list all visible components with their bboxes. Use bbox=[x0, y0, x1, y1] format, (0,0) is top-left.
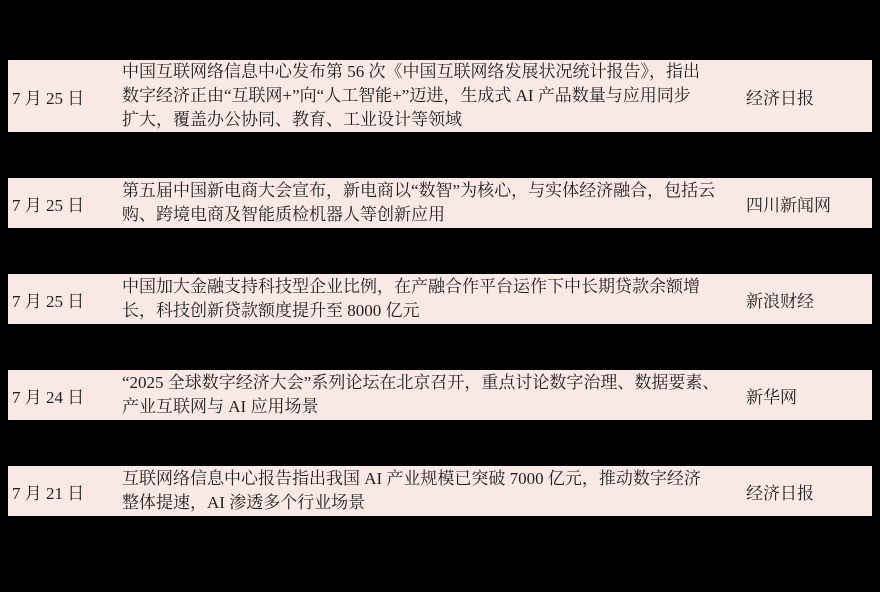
content-line: 互联网络信息中心报告指出我国 AI 产业规模已突破 7000 亿元，推动数字经济 bbox=[122, 467, 744, 491]
content-cell: 互联网络信息中心报告指出我国 AI 产业规模已突破 7000 亿元，推动数字经济… bbox=[122, 466, 744, 516]
content-line: “2025 全球数字经济大会”系列论坛在北京召开，重点讨论数字治理、数据要素、 bbox=[122, 371, 744, 395]
date-cell: 7 月 24 日 bbox=[8, 370, 122, 420]
table-row: 7 月 21 日 互联网络信息中心报告指出我国 AI 产业规模已突破 7000 … bbox=[8, 466, 872, 516]
content-line: 第五届中国新电商大会宣布，新电商以“数智”为核心，与实体经济融合，包括云 bbox=[122, 179, 744, 203]
content-cell: 中国互联网络信息中心发布第 56 次《中国互联网络发展状况统计报告》，指出 数字… bbox=[122, 60, 744, 132]
source-cell: 新华网 bbox=[744, 370, 872, 420]
content-line: 扩大，覆盖办公协同、教育、工业设计等领域 bbox=[122, 108, 744, 132]
content-cell: 中国加大金融支持科技型企业比例，在产融合作平台运作下中长期贷款余额增 长，科技创… bbox=[122, 274, 744, 324]
table-row: 7 月 25 日 第五届中国新电商大会宣布，新电商以“数智”为核心，与实体经济融… bbox=[8, 178, 872, 228]
source-cell: 四川新闻网 bbox=[744, 178, 872, 228]
date-cell: 7 月 21 日 bbox=[8, 466, 122, 516]
content-line: 购、跨境电商及智能质检机器人等创新应用 bbox=[122, 203, 744, 227]
content-line: 产业互联网与 AI 应用场景 bbox=[122, 395, 744, 419]
news-table: 7 月 25 日 中国互联网络信息中心发布第 56 次《中国互联网络发展状况统计… bbox=[0, 60, 880, 516]
table-row: 7 月 25 日 中国加大金融支持科技型企业比例，在产融合作平台运作下中长期贷款… bbox=[8, 274, 872, 324]
date-cell: 7 月 25 日 bbox=[8, 274, 122, 324]
date-cell: 7 月 25 日 bbox=[8, 178, 122, 228]
content-line: 中国加大金融支持科技型企业比例，在产融合作平台运作下中长期贷款余额增 bbox=[122, 275, 744, 299]
date-cell: 7 月 25 日 bbox=[8, 60, 122, 132]
source-cell: 新浪财经 bbox=[744, 274, 872, 324]
content-cell: 第五届中国新电商大会宣布，新电商以“数智”为核心，与实体经济融合，包括云 购、跨… bbox=[122, 178, 744, 228]
content-line: 中国互联网络信息中心发布第 56 次《中国互联网络发展状况统计报告》，指出 bbox=[122, 60, 744, 84]
content-line: 数字经济正由“互联网+”向“人工智能+”迈进，生成式 AI 产品数量与应用同步 bbox=[122, 84, 744, 108]
content-cell: “2025 全球数字经济大会”系列论坛在北京召开，重点讨论数字治理、数据要素、 … bbox=[122, 370, 744, 420]
table-row: 7 月 24 日 “2025 全球数字经济大会”系列论坛在北京召开，重点讨论数字… bbox=[8, 370, 872, 420]
source-cell: 经济日报 bbox=[744, 60, 872, 132]
table-row: 7 月 25 日 中国互联网络信息中心发布第 56 次《中国互联网络发展状况统计… bbox=[8, 60, 872, 132]
content-line: 整体提速，AI 渗透多个行业场景 bbox=[122, 491, 744, 515]
source-cell: 经济日报 bbox=[744, 466, 872, 516]
content-line: 长，科技创新贷款额度提升至 8000 亿元 bbox=[122, 299, 744, 323]
